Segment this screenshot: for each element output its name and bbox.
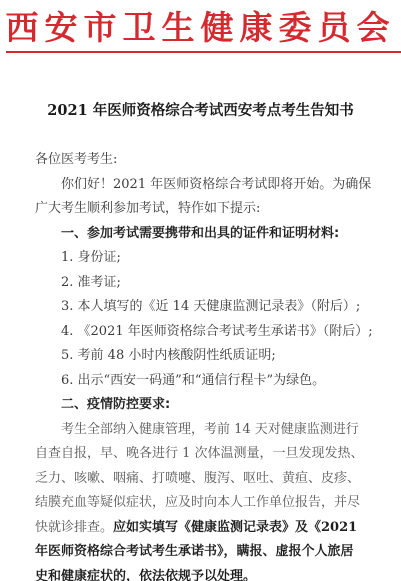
paragraph-line: 史和健康症状的，依法依规予以处理。 (35, 565, 380, 581)
section-heading-materials: 一、参加考试需要携带和出具的证件和证明材料: (35, 222, 380, 247)
list-item: 4. 《2021 年医师资格综合考试考生承诺书》（附后）; (35, 320, 380, 345)
list-item: 5. 考前 48 小时内核酸阴性纸质证明; (35, 344, 380, 369)
document-title: 2021 年医师资格综合考试西安考点考生告知书 (0, 100, 401, 122)
section-heading-epidemic-control: 二、疫情防控要求: (35, 393, 380, 418)
emphasized-text: 应如实填写《健康监测记录表》及《2021 (113, 520, 357, 535)
salutation: 各位医考考生: (35, 148, 380, 173)
paragraph-line: 结膜充血等疑似症状，应及时向本人工作单位报告，并尽 (35, 491, 380, 516)
list-item: 1. 身份证; (35, 246, 380, 271)
paragraph-line: 快就诊排查。应如实填写《健康监测记录表》及《2021 (35, 516, 380, 541)
list-item: 6. 出示“西安一码通”和“通信行程卡”为绿色。 (35, 369, 380, 394)
intro-paragraph-line: 你们好！2021 年医师资格综合考试即将开始。为确保 (35, 173, 380, 198)
plain-text: 快就诊排查。 (35, 520, 113, 535)
document-body: 各位医考考生: 你们好！2021 年医师资格综合考试即将开始。为确保 广大考生顺… (35, 148, 380, 581)
paragraph-line: 年医师资格综合考试考生承诺书》，瞒报、虚报个人旅居 (35, 540, 380, 565)
paragraph-line: 自查自报，早、晚各进行 1 次体温测量，一旦发现发热、 (35, 442, 380, 467)
red-divider (6, 51, 401, 53)
paragraph-line: 乏力、咳嗽、咽痛、打喷嚏、腹泻、呕吐、黄疸、皮疹、 (35, 467, 380, 492)
paragraph-line: 考生全部纳入健康管理，考前 14 天对健康监测进行 (35, 418, 380, 443)
org-name: 西安市卫生健康委员会 (0, 8, 401, 48)
intro-paragraph-line: 广大考生顺利参加考试，特作如下提示: (35, 197, 380, 222)
list-item: 2. 准考证; (35, 271, 380, 296)
list-item: 3. 本人填写的《近 14 天健康监测记录表》（附后）; (35, 295, 380, 320)
